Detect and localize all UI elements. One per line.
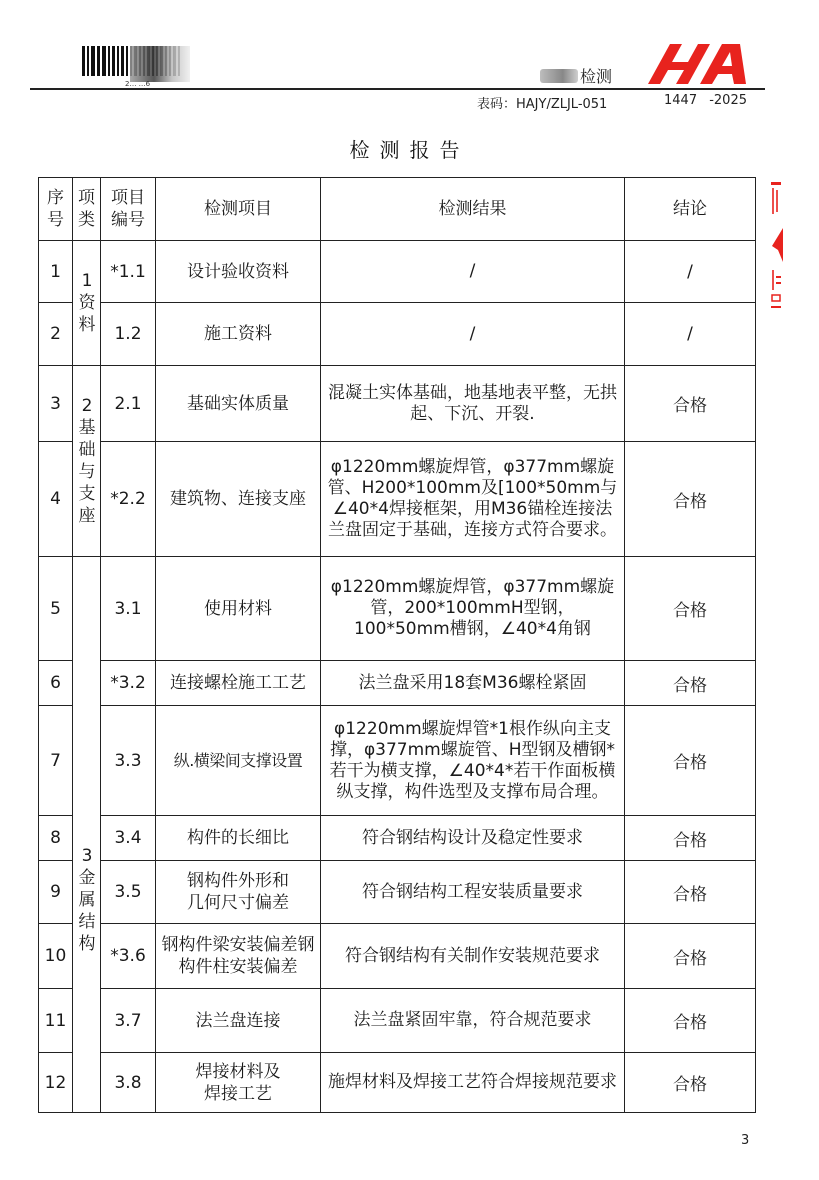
organization-name-text: 检测 xyxy=(580,64,612,87)
header-divider xyxy=(30,88,765,90)
row-seq: 2 xyxy=(39,303,73,366)
row-item: 建筑物、连接支座 xyxy=(156,442,321,557)
row-seq: 4 xyxy=(39,442,73,557)
category-cell: 2基础与支座 xyxy=(73,366,101,557)
row-conclusion: 合格 xyxy=(625,1053,756,1113)
table-row: 3 2基础与支座 2.1 基础实体质量 混凝土实体基础，地基地表平整，无拱起、下… xyxy=(39,366,756,442)
header-result: 检测结果 xyxy=(321,178,625,241)
row-item: 施工资料 xyxy=(156,303,321,366)
row-seq: 12 xyxy=(39,1053,73,1113)
row-seq: 6 xyxy=(39,661,73,706)
row-result: 符合钢结构工程安装质量要求 xyxy=(321,861,625,924)
row-result: 混凝土实体基础，地基地表平整，无拱起、下沉、开裂. xyxy=(321,366,625,442)
row-item: 基础实体质量 xyxy=(156,366,321,442)
table-row: 1 1资料 *1.1 设计验收资料 / / xyxy=(39,241,756,303)
row-code: 3.4 xyxy=(101,816,156,861)
table-row: 6 *3.2 连接螺栓施工工艺 法兰盘采用18套M36螺栓紧固 合格 xyxy=(39,661,756,706)
row-seq: 5 xyxy=(39,557,73,661)
header-item-code: 项目编号 xyxy=(101,178,156,241)
row-result: / xyxy=(321,241,625,303)
table-row: 2 1.2 施工资料 / / xyxy=(39,303,756,366)
barcode-caption: 2… …6 xyxy=(125,80,150,88)
row-code: 3.5 xyxy=(101,861,156,924)
row-item: 连接螺栓施工工艺 xyxy=(156,661,321,706)
row-code: *3.2 xyxy=(101,661,156,706)
table-row: 8 3.4 构件的长细比 符合钢结构设计及稳定性要求 合格 xyxy=(39,816,756,861)
row-seq: 3 xyxy=(39,366,73,442)
row-conclusion: / xyxy=(625,241,756,303)
row-item: 使用材料 xyxy=(156,557,321,661)
row-code: 3.3 xyxy=(101,706,156,816)
official-seal-stamp xyxy=(770,180,784,310)
row-conclusion: / xyxy=(625,303,756,366)
row-conclusion: 合格 xyxy=(625,661,756,706)
row-conclusion: 合格 xyxy=(625,706,756,816)
row-item: 焊接材料及焊接工艺 xyxy=(156,1053,321,1113)
row-result: φ1220mm螺旋焊管*1根作纵向主支撑，φ377mm螺旋管、H型钢及槽钢*若干… xyxy=(321,706,625,816)
barcode xyxy=(82,46,232,80)
table-row: 10 *3.6 钢构件梁安装偏差钢构件柱安装偏差 符合钢结构有关制作安装规范要求… xyxy=(39,924,756,989)
category-cell: 3金属结构 xyxy=(73,557,101,1113)
row-conclusion: 合格 xyxy=(625,816,756,861)
category-cell: 1资料 xyxy=(73,241,101,366)
table-row: 12 3.8 焊接材料及焊接工艺 施焊材料及焊接工艺符合焊接规范要求 合格 xyxy=(39,1053,756,1113)
inspection-report-table: 序号 项类 项目编号 检测项目 检测结果 结论 1 1资料 *1.1 设计验收资… xyxy=(38,177,756,1113)
ha-logo-icon xyxy=(640,40,750,86)
row-item: 设计验收资料 xyxy=(156,241,321,303)
row-conclusion: 合格 xyxy=(625,924,756,989)
header-conclusion: 结论 xyxy=(625,178,756,241)
redaction-blur xyxy=(130,46,190,82)
row-result: φ1220mm螺旋焊管，φ377mm螺旋管、H200*100mm及[100*50… xyxy=(321,442,625,557)
row-code: *2.2 xyxy=(101,442,156,557)
row-result: / xyxy=(321,303,625,366)
form-code: 表码：HAJY/ZLJL-051 xyxy=(477,93,607,112)
row-code: *1.1 xyxy=(101,241,156,303)
row-seq: 8 xyxy=(39,816,73,861)
row-seq: 9 xyxy=(39,861,73,924)
row-seq: 10 xyxy=(39,924,73,989)
page-number: 3 xyxy=(741,1133,749,1148)
row-conclusion: 合格 xyxy=(625,366,756,442)
row-result: 符合钢结构设计及稳定性要求 xyxy=(321,816,625,861)
row-conclusion: 合格 xyxy=(625,989,756,1053)
row-item: 纵.横梁间支撑设置 xyxy=(156,706,321,816)
row-item: 构件的长细比 xyxy=(156,816,321,861)
row-seq: 11 xyxy=(39,989,73,1053)
organization-name: 检测 xyxy=(540,64,612,87)
row-result: 施焊材料及焊接工艺符合焊接规范要求 xyxy=(321,1053,625,1113)
table-row: 5 3金属结构 3.1 使用材料 φ1220mm螺旋焊管，φ377mm螺旋管，2… xyxy=(39,557,756,661)
row-code: *3.6 xyxy=(101,924,156,989)
row-code: 3.7 xyxy=(101,989,156,1053)
row-conclusion: 合格 xyxy=(625,557,756,661)
row-result: 法兰盘紧固牢靠，符合规范要求 xyxy=(321,989,625,1053)
row-code: 3.8 xyxy=(101,1053,156,1113)
table-header-row: 序号 项类 项目编号 检测项目 检测结果 结论 xyxy=(39,178,756,241)
row-conclusion: 合格 xyxy=(625,442,756,557)
row-result: 符合钢结构有关制作安装规范要求 xyxy=(321,924,625,989)
row-seq: 1 xyxy=(39,241,73,303)
row-result: φ1220mm螺旋焊管，φ377mm螺旋管，200*100mmH型钢，100*5… xyxy=(321,557,625,661)
header-seq: 序号 xyxy=(39,178,73,241)
table-row: 9 3.5 钢构件外形和几何尺寸偏差 符合钢结构工程安装质量要求 合格 xyxy=(39,861,756,924)
row-conclusion: 合格 xyxy=(625,861,756,924)
row-seq: 7 xyxy=(39,706,73,816)
table-row: 4 *2.2 建筑物、连接支座 φ1220mm螺旋焊管，φ377mm螺旋管、H2… xyxy=(39,442,756,557)
header-item: 检测项目 xyxy=(156,178,321,241)
report-number: 1447 -2025 xyxy=(664,93,747,108)
row-item: 钢构件梁安装偏差钢构件柱安装偏差 xyxy=(156,924,321,989)
row-item: 钢构件外形和几何尺寸偏差 xyxy=(156,861,321,924)
table-row: 11 3.7 法兰盘连接 法兰盘紧固牢靠，符合规范要求 合格 xyxy=(39,989,756,1053)
redaction-blur xyxy=(540,69,578,83)
row-code: 1.2 xyxy=(101,303,156,366)
row-item: 法兰盘连接 xyxy=(156,989,321,1053)
row-result: 法兰盘采用18套M36螺栓紧固 xyxy=(321,661,625,706)
row-code: 3.1 xyxy=(101,557,156,661)
page-title: 检测报告 xyxy=(0,134,819,163)
header-category: 项类 xyxy=(73,178,101,241)
table-row: 7 3.3 纵.横梁间支撑设置 φ1220mm螺旋焊管*1根作纵向主支撑，φ37… xyxy=(39,706,756,816)
row-code: 2.1 xyxy=(101,366,156,442)
